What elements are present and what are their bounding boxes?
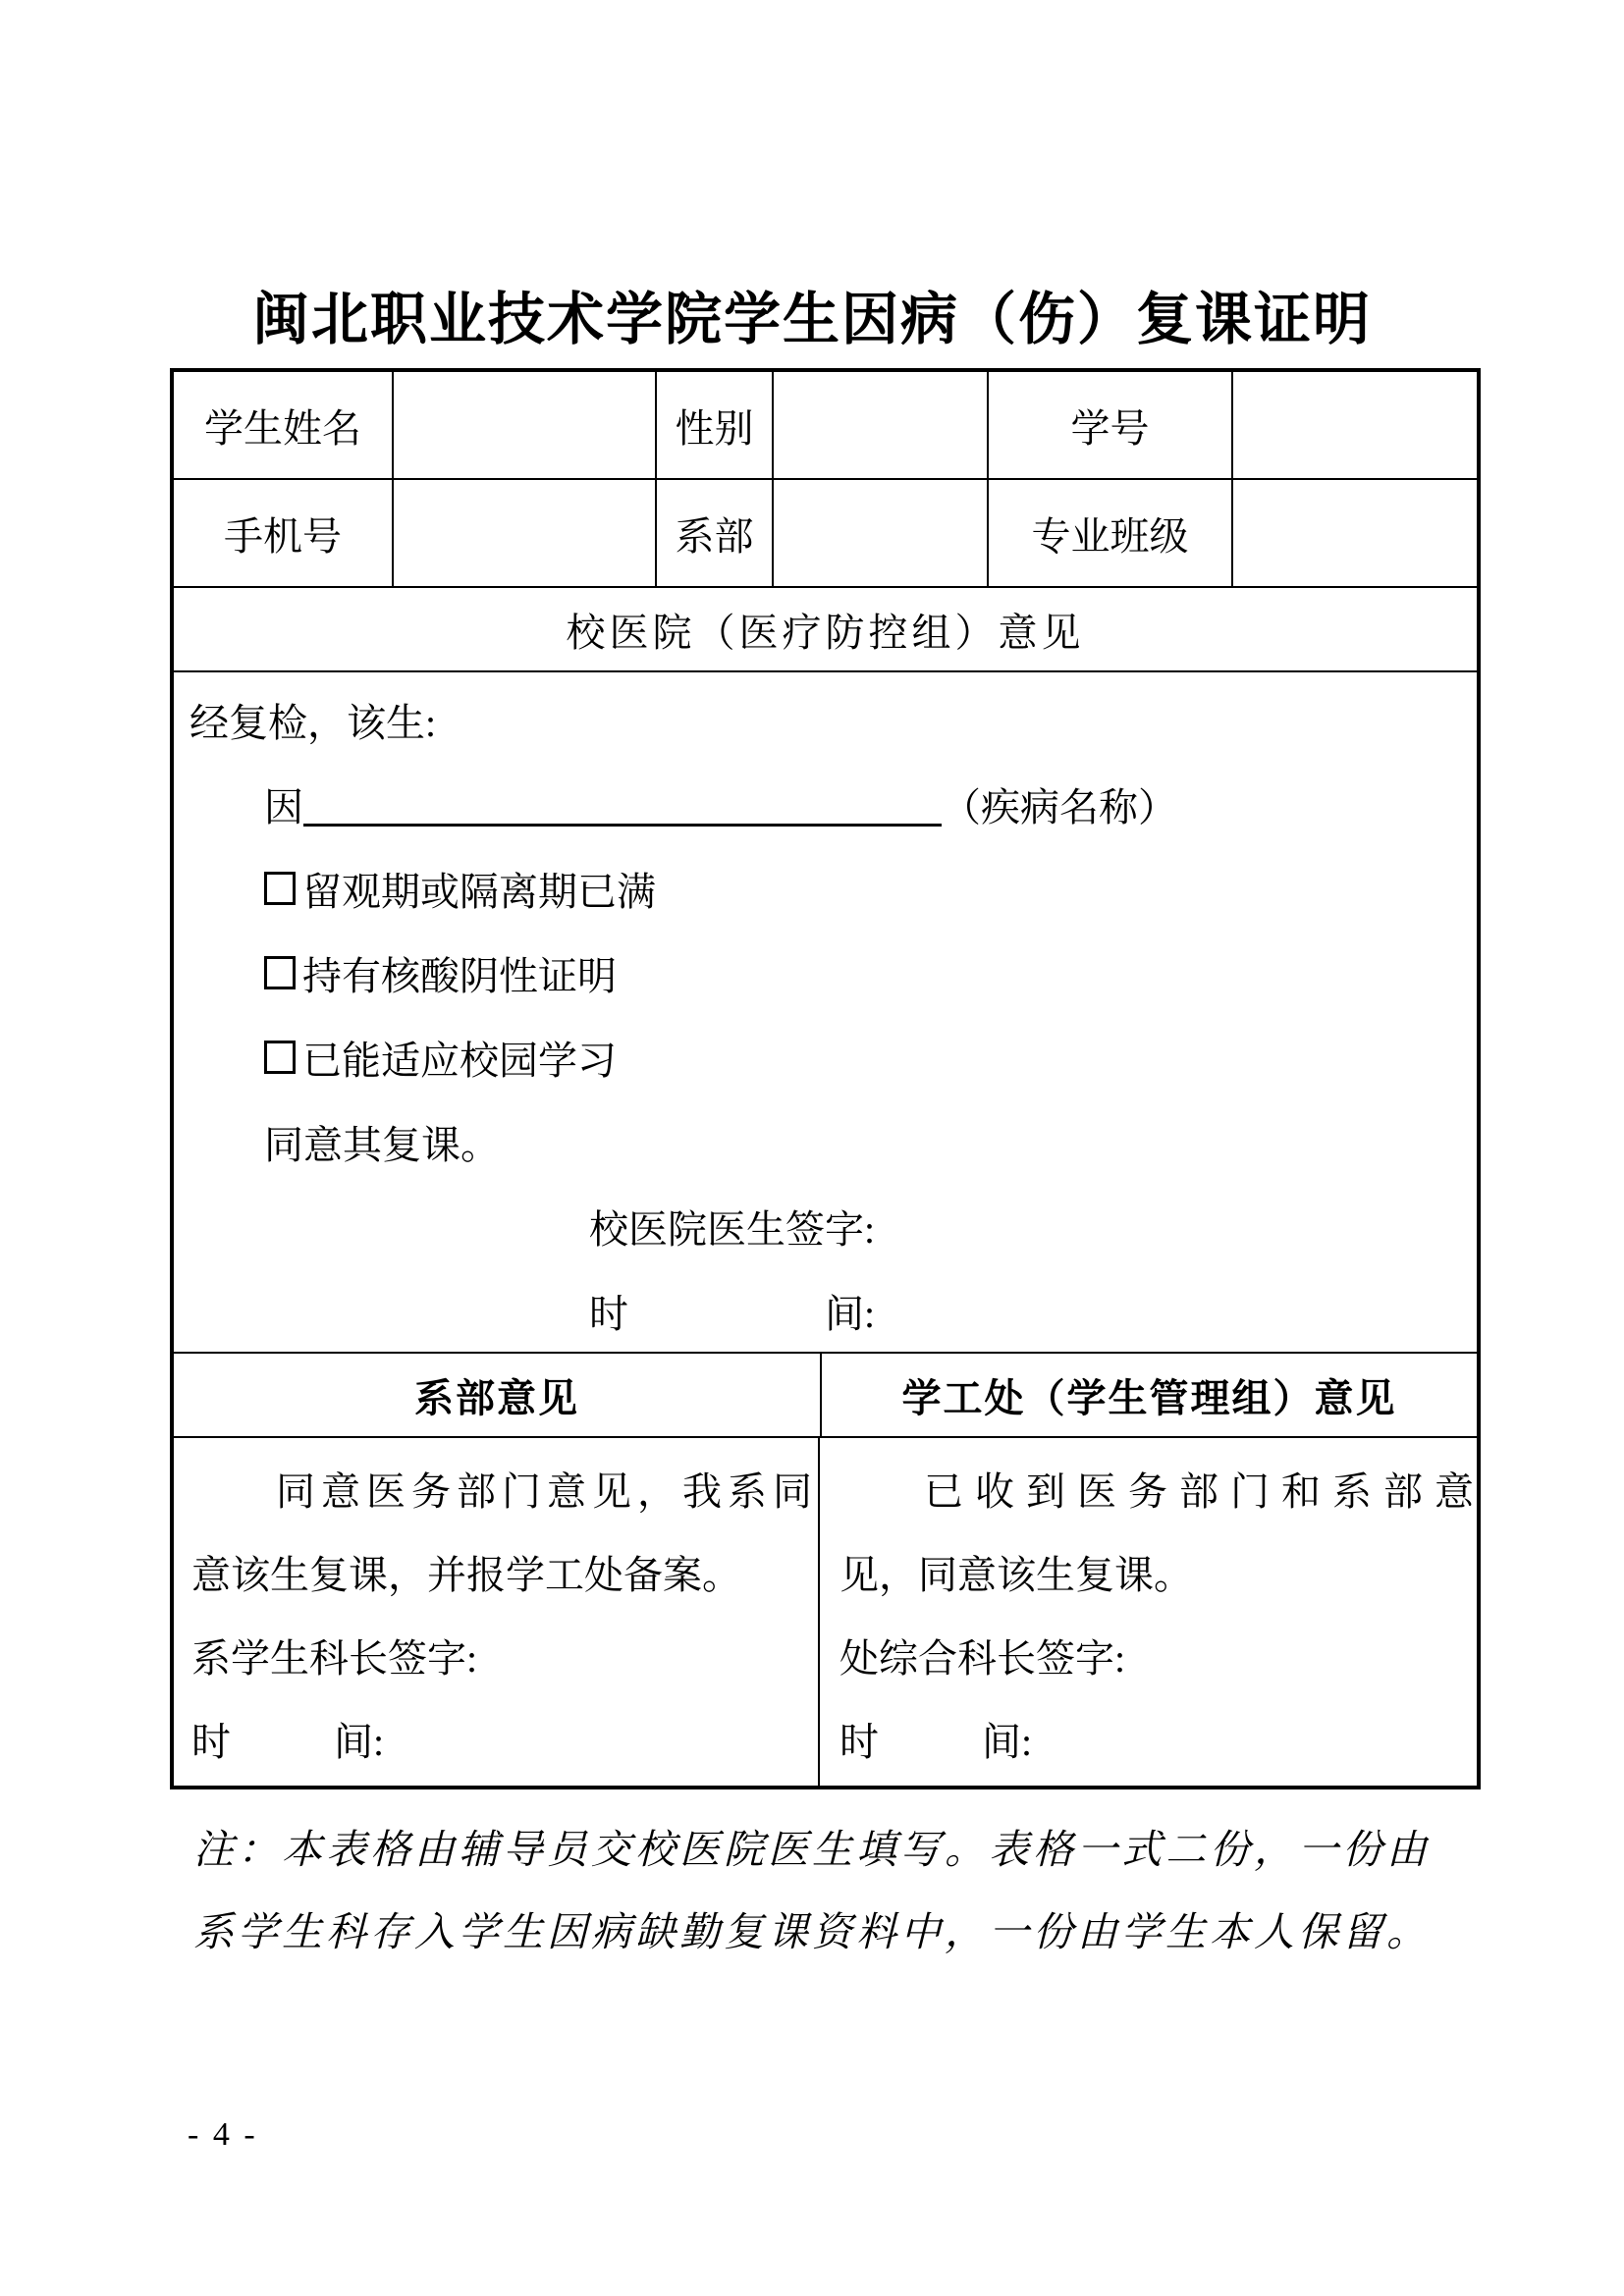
student-affairs-line2: 见，同意该生复课。 [839, 1533, 1486, 1617]
cause-suffix-text: （疾病名称） [942, 776, 1177, 832]
footnote: 注：本表格由辅导员交校医院医生填写。表格一式二份，一份由 系学生科存入学生因病缺… [193, 1808, 1480, 1973]
department-opinion-body: 同意医务部门意见，我系同 意该生复课，并报学工处备案。 系学生科长签字: 时 间… [174, 1438, 820, 1786]
time-label-part1: 时 [191, 1720, 231, 1764]
student-name-label: 学生姓名 [174, 372, 394, 478]
table-row: 手机号 系部 专业班级 [174, 480, 1477, 588]
page-number: - 4 - [188, 2116, 258, 2154]
page-title: 闽北职业技术学院学生因病（伤）复课证明 [0, 286, 1624, 354]
phone-field[interactable] [394, 480, 657, 586]
disease-name-blank-field[interactable] [303, 781, 942, 827]
hospital-opinion-header: 校医院（医疗防控组）意见 [174, 588, 1477, 672]
table-row: 系部意见 学工处（学生管理组）意见 [174, 1354, 1477, 1438]
checkbox-icon[interactable] [264, 1041, 296, 1074]
checkbox-line: 已能适应校园学习 [174, 1015, 1477, 1099]
student-affairs-opinion-body: 已收到医务部门和系部意 见，同意该生复课。 处综合科长签字: 时 间: [820, 1438, 1486, 1786]
time-label-part2: 间: [334, 1720, 384, 1764]
table-row: 同意医务部门意见，我系同 意该生复课，并报学工处备案。 系学生科长签字: 时 间… [174, 1438, 1477, 1786]
department-opinion-header: 系部意见 [174, 1354, 822, 1436]
gender-field[interactable] [774, 372, 989, 478]
gender-label: 性别 [657, 372, 774, 478]
student-id-label: 学号 [989, 372, 1233, 478]
checkbox-label: 持有核酸阴性证明 [302, 945, 617, 1001]
cause-line: 因 （疾病名称） [174, 762, 1477, 846]
student-affairs-opinion-header: 学工处（学生管理组）意见 [822, 1354, 1477, 1436]
document-page: 闽北职业技术学院学生因病（伤）复课证明 学生姓名 性别 学号 手机号 系部 专业… [0, 0, 1624, 2296]
major-class-field[interactable] [1233, 480, 1477, 586]
department-time-line: 时 间: [191, 1700, 818, 1784]
footnote-line2: 系学生科存入学生因病缺勤复课资料中，一份由学生本人保留。 [193, 1891, 1480, 1973]
department-opinion-line2: 意该生复课，并报学工处备案。 [191, 1533, 818, 1617]
time-label-part2: 间: [982, 1720, 1032, 1764]
time-label-part1: 时 [839, 1720, 879, 1764]
checkbox-label: 已能适应校园学习 [302, 1030, 617, 1086]
table-row: 学生姓名 性别 学号 [174, 372, 1477, 480]
student-name-field[interactable] [394, 372, 657, 478]
department-signature-line: 系学生科长签字: [191, 1617, 818, 1700]
phone-label: 手机号 [174, 480, 394, 586]
doctor-signature-line: 校医院医生签字: [174, 1184, 1477, 1268]
student-affairs-time-line: 时 间: [839, 1700, 1486, 1784]
checkbox-line: 持有核酸阴性证明 [174, 931, 1477, 1015]
checkbox-label: 留观期或隔离期已满 [302, 861, 656, 917]
time-label-part2: 间: [825, 1283, 875, 1339]
checkbox-line: 留观期或隔离期已满 [174, 846, 1477, 931]
department-label: 系部 [657, 480, 774, 586]
cause-prefix-text: 因 [264, 776, 303, 832]
checkbox-icon[interactable] [264, 956, 296, 989]
department-opinion-line1: 同意医务部门意见，我系同 [191, 1450, 818, 1533]
major-class-label: 专业班级 [989, 480, 1233, 586]
student-id-field[interactable] [1233, 372, 1477, 478]
recheck-intro-text: 经复检，该生: [174, 677, 1477, 762]
student-affairs-signature-line: 处综合科长签字: [839, 1617, 1486, 1700]
conclusion-text: 同意其复课。 [174, 1099, 1477, 1184]
time-label-part1: 时 [589, 1283, 628, 1339]
return-to-class-form-table: 学生姓名 性别 学号 手机号 系部 专业班级 校医院（医疗防控组）意见 经复检，… [170, 368, 1481, 1789]
checkbox-icon[interactable] [264, 872, 296, 905]
hospital-opinion-body: 经复检，该生: 因 （疾病名称） 留观期或隔离期已满 持有核酸阴性证明 已能适应… [174, 672, 1477, 1354]
student-affairs-line1: 已收到医务部门和系部意 [839, 1450, 1486, 1533]
footnote-line1: 注：本表格由辅导员交校医院医生填写。表格一式二份，一份由 [193, 1808, 1480, 1891]
department-field[interactable] [774, 480, 989, 586]
hospital-time-line: 时 间: [174, 1268, 1477, 1353]
